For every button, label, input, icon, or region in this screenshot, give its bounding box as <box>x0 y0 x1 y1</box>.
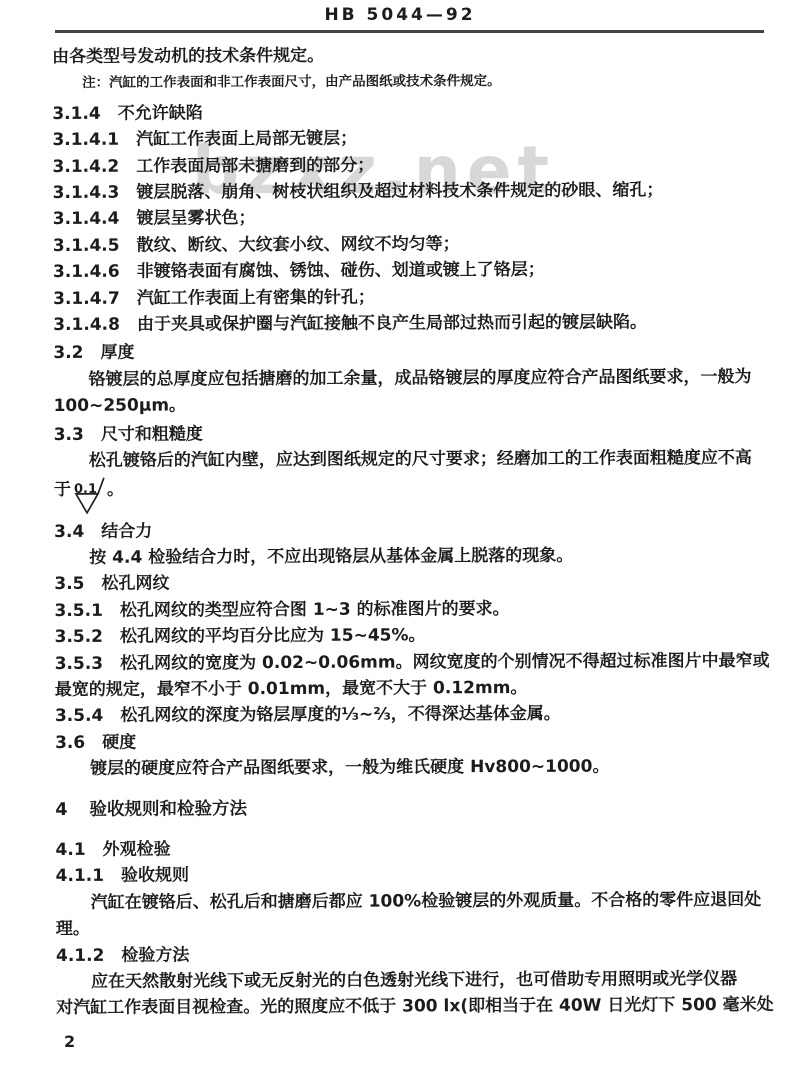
heading-4-1-1: 4.1.1验收规则 <box>56 860 774 890</box>
document-page: HB 5044—92 bzxz.net 由各类型号发动机的技术条件规定。 注：汽… <box>0 0 800 1091</box>
clause-3-1-4-3: 3.1.4.3镀层脱落、崩角、树枝状组织及超过材料技术条件规定的砂眼、缩孔； <box>53 177 771 207</box>
heading-3-3: 3.3尺寸和粗糙度 <box>54 419 772 449</box>
clause-title: 尺寸和粗糙度 <box>101 424 203 444</box>
clause-3-1-4-4: 3.1.4.4镀层呈雾状色； <box>53 203 771 233</box>
paragraph-line: 松孔镀铬后的汽缸内壁，应达到图纸规定的尺寸要求；经磨加工的工作表面粗糙度应不高 <box>89 445 772 474</box>
clause-3-1-4-1: 3.1.4.1汽缸工作表面上局部无镀层； <box>52 124 770 154</box>
clause-text: 镀层呈雾状色； <box>136 209 255 230</box>
paragraph-line: 按 4.4 检验结合力时，不应出现铬层从基体金属上脱落的现象。 <box>89 542 772 571</box>
chapter-number: 4 <box>55 800 67 820</box>
clause-title: 松孔网纹 <box>101 574 169 594</box>
clause-3-1-4-6: 3.1.4.6非镀铬表面有腐蚀、锈蚀、碰伤、划道或镀上了铬层； <box>53 256 771 286</box>
chapter-4-heading: 4验收规则和检验方法 <box>55 793 773 823</box>
clause-number: 3.1.4 <box>52 104 100 124</box>
clause-3-1-4-7: 3.1.4.7汽缸工作表面上有密集的针孔； <box>53 283 771 313</box>
paragraph-line: 铬镀层的总厚度应包括搪磨的加工余量，成品铬镀层的厚度应符合产品图纸要求，一般为 <box>88 364 771 393</box>
clause-title: 厚度 <box>100 343 134 363</box>
paragraph-continuation: 100~250μm。 <box>54 390 772 420</box>
clause-number: 4.1.1 <box>56 866 104 886</box>
clause-text: 汽缸工作表面上局部无镀层； <box>136 129 357 150</box>
note-line: 注：汽缸的工作表面和非工作表面尺寸，由产品图纸或技术条件规定。 <box>82 67 770 96</box>
chapter-title: 验收规则和检验方法 <box>89 799 247 820</box>
clause-text: 散纹、断纹、大纹套小纹、网纹不均匀等； <box>137 234 460 255</box>
roughness-spec-line: 于0.1。 <box>54 471 772 518</box>
clause-number: 3.1.4.4 <box>53 209 120 229</box>
page-number: 2 <box>64 1032 75 1051</box>
clause-text: 由于夹具或保护圈与汽缸接触不良产生局部过热而引起的镀层缺陷。 <box>137 312 647 334</box>
clause-number: 3.6 <box>55 733 85 753</box>
clause-number: 3.3 <box>54 425 84 445</box>
clause-text: 非镀铬表面有腐蚀、锈蚀、碰伤、划道或镀上了铬层； <box>137 260 545 282</box>
roughness-suffix: 。 <box>107 479 124 499</box>
paragraph-line: 汽缸在镀铬后、松孔后和搪磨后都应 100%检验镀层的外观质量。不合格的零件应退回… <box>91 887 774 916</box>
clause-3-5-4: 3.5.4松孔网纹的深度为铬层厚度的⅓~⅔，不得深达基体金属。 <box>55 700 773 730</box>
clause-text: 工作表面局部未搪磨到的部分； <box>136 155 374 176</box>
clause-text: 松孔网纹的深度为铬层厚度的⅓~⅔，不得深达基体金属。 <box>120 704 561 726</box>
heading-4-1: 4.1外观检验 <box>55 834 773 864</box>
clause-3-1-4-2: 3.1.4.2工作表面局部未搪磨到的部分； <box>52 150 770 180</box>
clause-title: 检验方法 <box>121 945 189 965</box>
clause-number: 3.1.4.8 <box>53 315 120 335</box>
clause-number: 3.5.1 <box>54 601 102 621</box>
clause-number: 3.1.4.3 <box>53 183 120 203</box>
clause-title: 不允许缺陷 <box>118 103 203 123</box>
clause-number: 3.4 <box>54 521 84 541</box>
clause-title: 验收规则 <box>121 866 189 886</box>
clause-text: 松孔网纹的平均百分比应为 15~45%。 <box>120 626 426 647</box>
clause-title: 外观检验 <box>103 839 171 859</box>
clause-3-5-1: 3.5.1松孔网纹的类型应符合图 1~3 的标准图片的要求。 <box>54 595 772 625</box>
body-continuation-line: 由各类型号发动机的技术条件规定。 <box>52 41 770 71</box>
paragraph-line: 应在天然散射光线下或无反射光的白色透射光线下进行，也可借助专用照明或光学仪器 <box>91 966 774 995</box>
paragraph-continuation: 对汽缸工作表面目视检查。光的照度应不低于 300 lx(即相当于在 40W 日光… <box>56 992 774 1022</box>
clause-number: 4.1 <box>55 840 85 860</box>
clause-number: 3.1.4.5 <box>53 236 120 256</box>
heading-3-5: 3.5松孔网纹 <box>54 568 772 598</box>
heading-3-2: 3.2厚度 <box>53 337 771 367</box>
clause-number: 3.5.4 <box>55 706 103 726</box>
surface-roughness-icon: 0.1 <box>71 474 107 516</box>
heading-3-6: 3.6硬度 <box>55 727 773 757</box>
clause-number: 3.1.4.1 <box>52 130 119 150</box>
heading-3-4: 3.4结合力 <box>54 515 772 545</box>
clause-number: 4.1.2 <box>56 945 104 965</box>
clause-number: 3.1.4.7 <box>53 288 120 308</box>
roughness-prefix: 于 <box>54 479 71 499</box>
clause-3-5-3: 3.5.3松孔网纹的宽度为 0.02~0.06mm。网纹宽度的个别情况不得超过标… <box>55 647 773 677</box>
header-divider <box>55 30 764 33</box>
heading-3-1-4: 3.1.4不允许缺陷 <box>52 98 770 128</box>
standard-code: HB 5044—92 <box>0 5 800 25</box>
document-body: 由各类型号发动机的技术条件规定。 注：汽缸的工作表面和非工作表面尺寸，由产品图纸… <box>52 41 774 1022</box>
clause-text: 汽缸工作表面上有密集的针孔； <box>137 287 375 308</box>
clause-text: 松孔网纹的宽度为 0.02~0.06mm。网纹宽度的个别情况不得超过标准图片中最… <box>120 650 770 673</box>
heading-4-1-2: 4.1.2检验方法 <box>56 939 774 969</box>
paragraph-continuation: 理。 <box>56 913 774 943</box>
clause-number: 3.1.4.2 <box>52 156 119 176</box>
clause-3-1-4-5: 3.1.4.5散纹、断纹、大纹套小纹、网纹不均匀等； <box>53 230 771 260</box>
clause-3-5-2: 3.5.2松孔网纹的平均百分比应为 15~45%。 <box>55 621 773 651</box>
clause-title: 硬度 <box>102 732 136 752</box>
clause-number: 3.1.4.6 <box>53 262 120 282</box>
clause-number: 3.5.2 <box>55 627 103 647</box>
paragraph-line: 镀层的硬度应符合产品图纸要求，一般为维氏硬度 Hv800~1000。 <box>90 753 773 782</box>
clause-number: 3.2 <box>53 343 83 363</box>
clause-number: 3.5.3 <box>55 653 103 673</box>
clause-3-1-4-8: 3.1.4.8由于夹具或保护圈与汽缸接触不良产生局部过热而引起的镀层缺陷。 <box>53 309 771 339</box>
clause-title: 结合力 <box>101 521 152 541</box>
paragraph-continuation: 最宽的规定，最窄不小于 0.01mm，最宽不大于 0.12mm。 <box>55 674 773 704</box>
clause-text: 松孔网纹的类型应符合图 1~3 的标准图片的要求。 <box>120 599 510 621</box>
clause-text: 镀层脱落、崩角、树枝状组织及超过材料技术条件规定的砂眼、缩孔； <box>136 180 663 202</box>
clause-number: 3.5 <box>54 574 84 594</box>
